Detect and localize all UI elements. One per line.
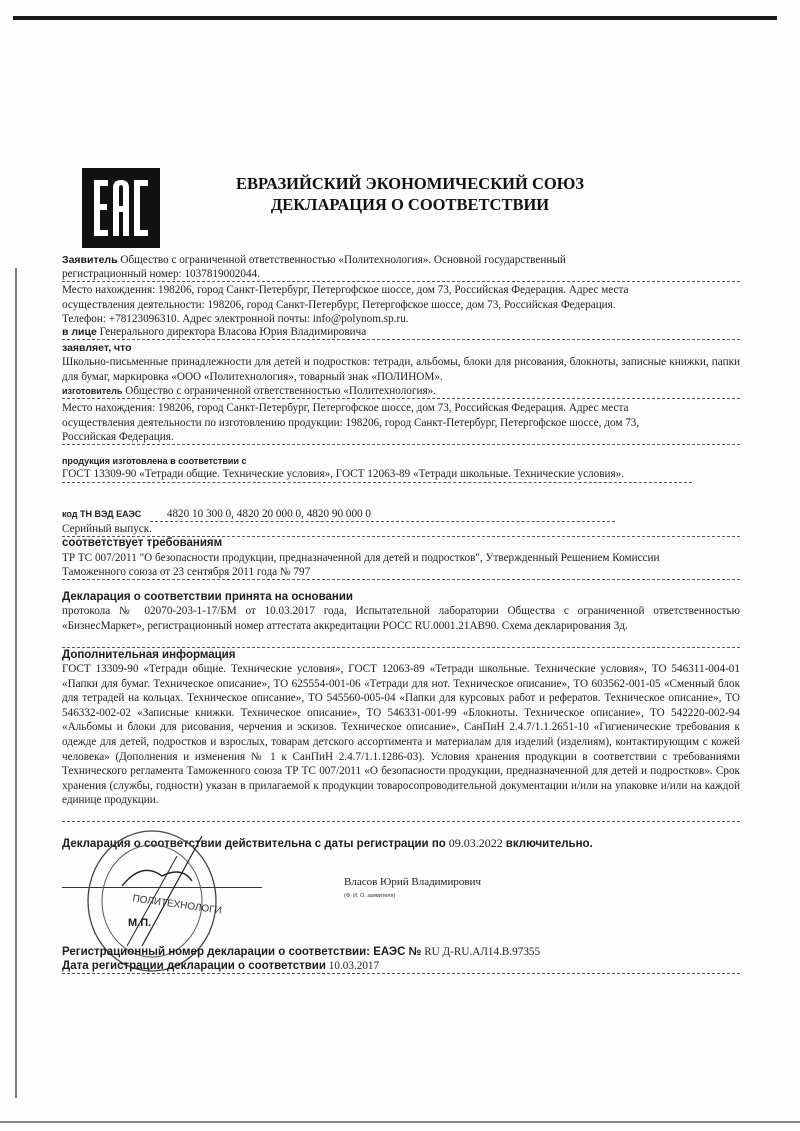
registration-date-line: Дата регистрации декларации о соответств… <box>62 959 740 973</box>
applicant-line1: Заявитель Общество с ограниченной ответс… <box>62 253 740 267</box>
produced-per-standards: ГОСТ 13309-90 «Тетради общие. Технически… <box>62 467 740 481</box>
divider <box>62 973 740 974</box>
applicant-address1: Место нахождения: 198206, город Санкт-Пе… <box>62 283 740 297</box>
product-description: Школьно-письменные принадлежности для де… <box>62 355 740 384</box>
scan-edge-left <box>15 268 17 1098</box>
manufacturer-address1: Место нахождения: 198206, город Санкт-Пе… <box>62 401 740 415</box>
additional-label: Дополнительная информация <box>62 648 740 662</box>
divider <box>62 398 740 399</box>
manufacturer-line: изготовитель Общество с ограниченной отв… <box>62 384 740 398</box>
release-type: Серийный выпуск. <box>62 522 740 536</box>
scan-edge-bottom <box>0 1121 800 1123</box>
basis-label: Декларация о соответствии принята на осн… <box>62 590 740 604</box>
applicant-contacts: Телефон: +78123096310. Адрес электронной… <box>62 312 740 326</box>
scan-edge-top <box>13 16 777 20</box>
title-declaration: ДЕКЛАРАЦИЯ О СООТВЕТСТВИИ <box>180 194 640 215</box>
manufacturer-address2: осуществления деятельности по изготовлен… <box>62 416 740 430</box>
complies-label: соответствует требованиям <box>62 536 740 550</box>
divider <box>62 821 740 822</box>
basis-text: протокола № 02070-203-1-17/БМ от 10.03.2… <box>62 604 740 633</box>
validity-suffix: включительно. <box>506 838 593 850</box>
registration-date-label: Дата регистрации декларации о соответств… <box>62 960 326 972</box>
applicant-name: Общество с ограниченной ответственностью… <box>120 254 565 266</box>
eac-logo <box>82 168 160 248</box>
divider <box>62 339 740 340</box>
applicant-person: в лице Генерального директора Власова Юр… <box>62 325 740 339</box>
registration-number-line: Регистрационный номер декларации о соотв… <box>62 945 740 959</box>
manufacturer-address3: Российская Федерация. <box>62 430 740 444</box>
tn-ved-codes: 4820 10 300 0, 4820 20 000 0, 4820 90 00… <box>167 508 371 520</box>
person-label: в лице <box>62 326 97 338</box>
eac-mark-icon <box>82 168 160 248</box>
complies-line2: Таможенного союза от 23 сентября 2011 го… <box>62 565 740 579</box>
manufacturer-name: Общество с ограниченной ответственностью… <box>125 385 436 397</box>
registration-date: 10.03.2017 <box>329 960 379 972</box>
produced-per-label: продукция изготовлена в соответствии с <box>62 454 740 468</box>
applicant-label: Заявитель <box>62 254 118 266</box>
complies-line1: ТР ТС 007/2011 "О безопасности продукции… <box>62 551 740 565</box>
person-name: Генерального директора Власова Юрия Влад… <box>100 326 367 338</box>
title-union: ЕВРАЗИЙСКИЙ ЭКОНОМИЧЕСКИЙ СОЮЗ <box>180 173 640 194</box>
manufacturer-label: изготовитель <box>62 386 122 396</box>
declares-label: заявляет, что <box>62 341 740 355</box>
signer-name: Власов Юрий Владимирович <box>344 876 481 888</box>
applicant-address2: осуществления деятельности: 198206, горо… <box>62 298 740 312</box>
signer-caption: (Ф. И. О. заявителя) <box>344 893 395 899</box>
tn-ved-label: код ТН ВЭД ЕАЭС <box>62 509 141 519</box>
additional-text: ГОСТ 13309-90 «Тетради общие. Технически… <box>62 662 740 808</box>
divider <box>62 281 740 282</box>
divider <box>62 482 692 483</box>
stamp-place-label: М.П. <box>128 917 151 929</box>
applicant-ogrn: регистрационный номер: 1037819002044. <box>62 267 740 281</box>
divider <box>62 444 740 445</box>
registration-number: RU Д-RU.АЛ14.В.97355 <box>424 946 540 958</box>
tn-ved-line: код ТН ВЭД ЕАЭС 4820 10 300 0, 4820 20 0… <box>62 507 740 521</box>
registration-number-label: Регистрационный номер декларации о соотв… <box>62 946 421 958</box>
validity-date: 09.03.2022 <box>449 836 503 850</box>
document-title: ЕВРАЗИЙСКИЙ ЭКОНОМИЧЕСКИЙ СОЮЗ ДЕКЛАРАЦИ… <box>180 173 640 215</box>
divider <box>62 579 740 580</box>
